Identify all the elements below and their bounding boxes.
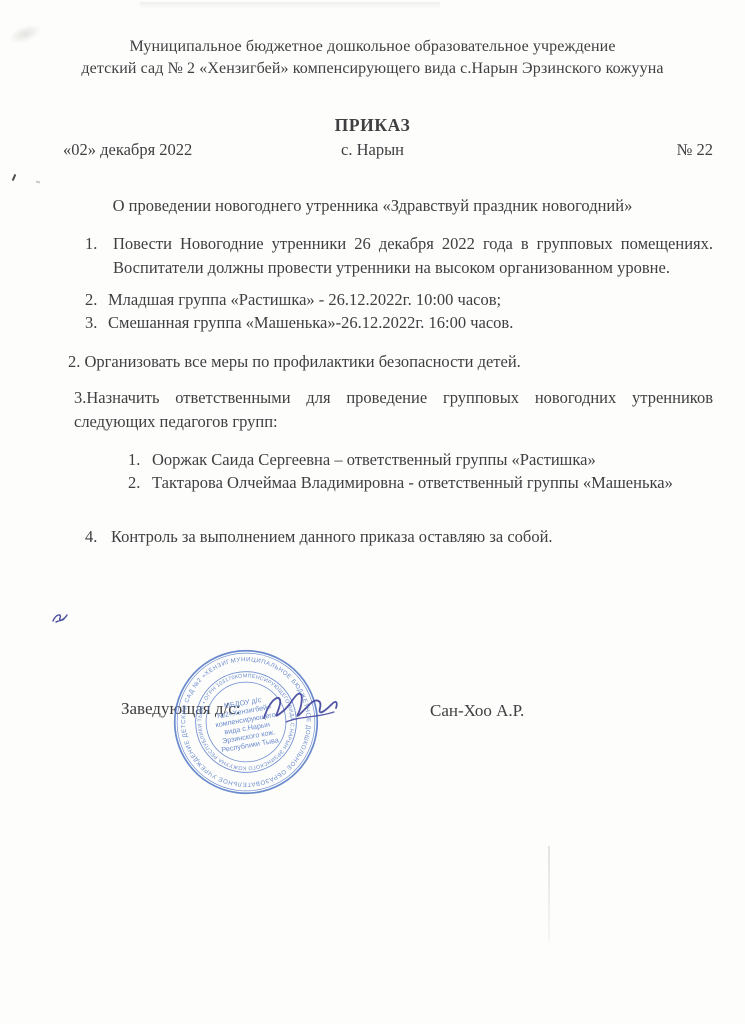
pen-mark <box>12 174 17 181</box>
responsible-item-1: 1. Ооржак Саида Сергеевна – ответственны… <box>128 448 713 472</box>
order-title: ПРИКАЗ <box>0 115 745 136</box>
item-number: 1. <box>85 232 113 280</box>
item-text: Ооржак Саида Сергеевна – ответственный г… <box>152 448 713 472</box>
signature-name: Сан-Хоо А.Р. <box>430 701 524 721</box>
order-number: № 22 <box>677 140 713 160</box>
item-text: Контроль за выполнением данного приказа … <box>111 525 713 549</box>
item-number: 1. <box>128 448 152 472</box>
item-number: 2. <box>85 288 108 312</box>
order-meta-row: «02» декабря 2022 с. Нарын № 22 <box>0 140 745 162</box>
item-text: Повести Новогодние утренники 26 декабря … <box>113 232 713 280</box>
scan-smudge <box>140 2 440 9</box>
order-paragraph-2: 2. Организовать все меры по профилактики… <box>68 350 713 374</box>
scan-artifact-line <box>548 846 550 942</box>
item-number: 2. <box>128 471 152 495</box>
item-number: 4. <box>85 525 111 549</box>
org-name-line1: Муниципальное бюджетное дошкольное образ… <box>0 38 745 56</box>
ink-mark <box>50 610 72 626</box>
scanned-order-document: Муниципальное бюджетное дошкольное образ… <box>0 0 745 1024</box>
scan-dot <box>36 181 40 184</box>
item-number: 3. <box>85 311 108 335</box>
org-name-line2: детский сад № 2 «Хензигбей» компенсирующ… <box>0 60 745 78</box>
order-paragraph-3: 3.Назначить ответственными для проведени… <box>74 386 713 434</box>
order-place: с. Нарын <box>0 140 745 160</box>
item-text: Смешанная группа «Машенька»-26.12.2022г.… <box>108 311 713 335</box>
responsible-item-2: 2. Тактарова Олчеймаа Владимировна - отв… <box>128 471 713 495</box>
order-item-1: 1. Повести Новогодние утренники 26 декаб… <box>85 232 713 280</box>
order-subject: О проведении новогоднего утренника «Здра… <box>0 196 745 216</box>
order-item-3: 3. Смешанная группа «Машенька»-26.12.202… <box>85 311 713 335</box>
order-item-2: 2. Младшая группа «Растишка» - 26.12.202… <box>85 288 713 312</box>
handwritten-signature <box>258 686 344 732</box>
item-text: Тактарова Олчеймаа Владимировна - ответс… <box>152 471 713 495</box>
item-text: Младшая группа «Растишка» - 26.12.2022г.… <box>108 288 713 312</box>
order-item-4: 4. Контроль за выполнением данного прика… <box>85 525 713 549</box>
